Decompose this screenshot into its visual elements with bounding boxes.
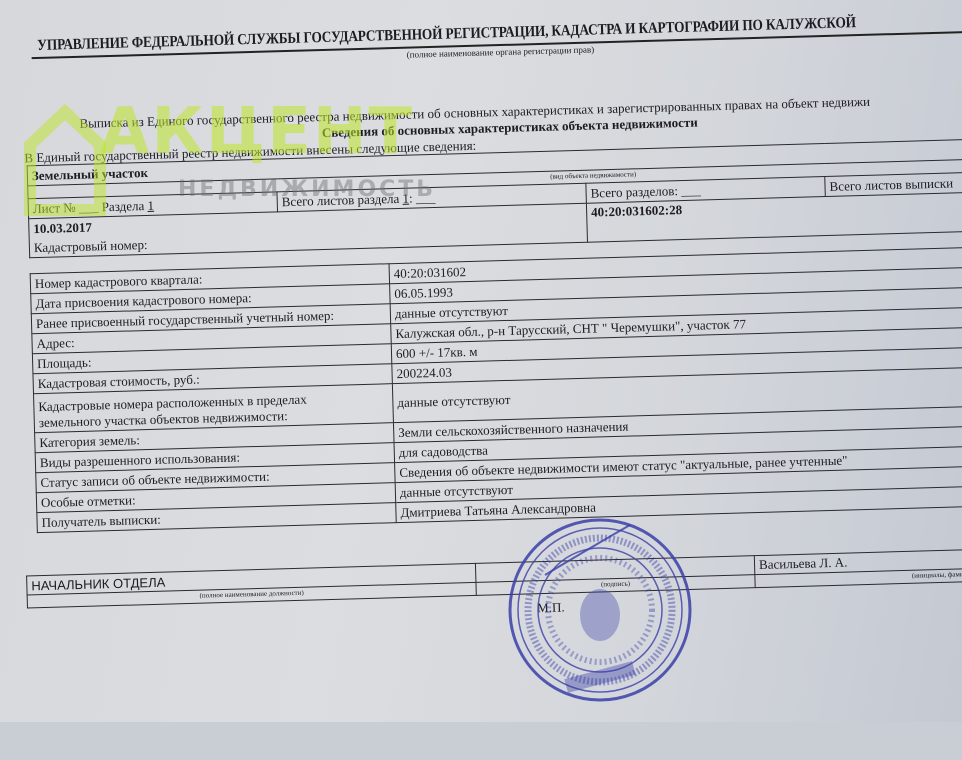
colon: :	[409, 191, 413, 206]
total-sheets-section-label: Всего листов раздела	[282, 191, 400, 209]
characteristics-table: Номер кадастрового квартала:40:20:031602…	[30, 247, 962, 533]
sheet-value: ___	[79, 199, 99, 215]
section-label: Раздела	[101, 198, 144, 214]
sheet-label: Лист №	[33, 200, 76, 216]
total-sheets-section-blank: ___	[416, 190, 436, 206]
document-sheet: УПРАВЛЕНИЕ ФЕДЕРАЛЬНОЙ СЛУЖБЫ ГОСУДАРСТВ…	[0, 0, 962, 722]
document-photo: УПРАВЛЕНИЕ ФЕДЕРАЛЬНОЙ СЛУЖБЫ ГОСУДАРСТВ…	[0, 0, 962, 722]
official-seal-icon	[505, 515, 695, 705]
signature-table: НАЧАЛЬНИК ОТДЕЛА Васильева Л. А. (полное…	[26, 549, 962, 609]
total-sections-label: Всего разделов:	[590, 183, 678, 200]
section-value: 1	[147, 198, 154, 213]
total-sections-value: ___	[681, 183, 701, 199]
